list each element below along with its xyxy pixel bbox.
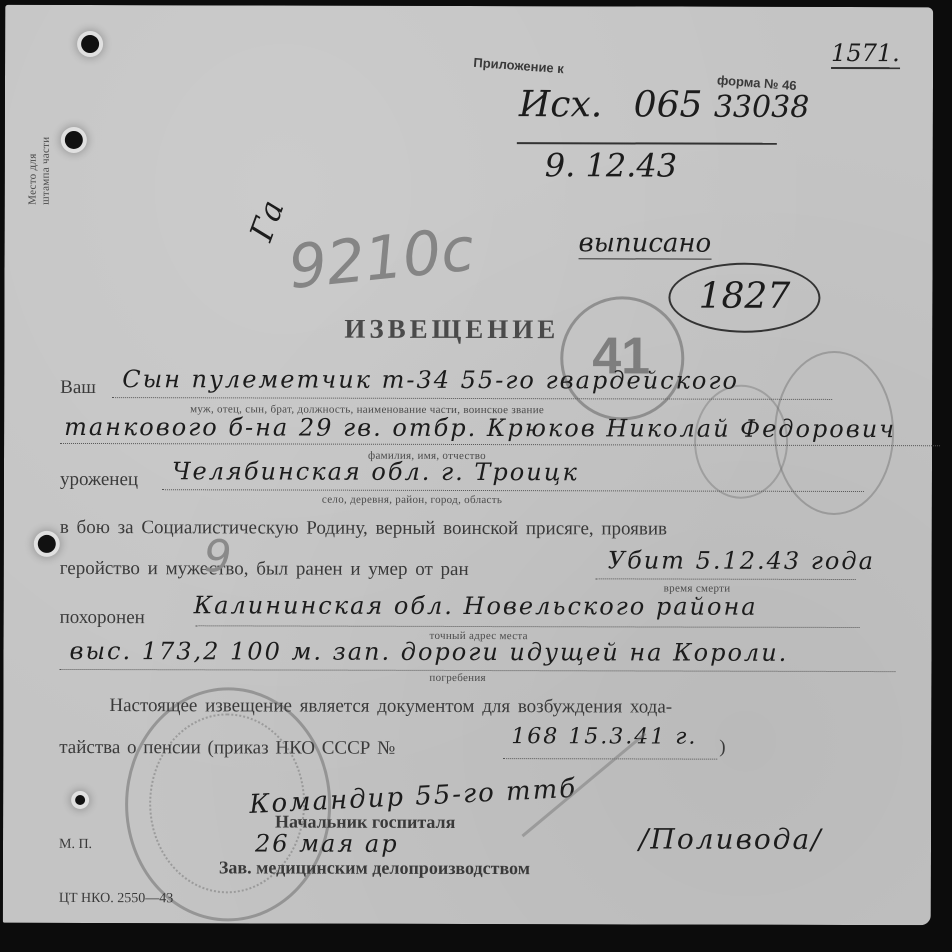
name-field: танкового б-на 29 гв. отбр. Крюков Никол…	[64, 413, 896, 443]
wounded-paragraph: геройство и мужество, был ранен и умер о…	[60, 558, 469, 581]
birthplace-field: Челябинская обл. г. Троицк	[172, 457, 579, 486]
outgoing-number: Исх. 065 33038	[519, 84, 809, 126]
punch-hole-upper	[65, 131, 83, 149]
circled-number-value: 1827	[699, 276, 791, 317]
battle-paragraph: в бою за Социалистическую Родину, верный…	[60, 517, 667, 541]
document-title: ИЗВЕЩЕНИЕ	[344, 314, 559, 346]
header-underline	[517, 142, 777, 145]
pension-order-field: 168 15.3.41 г.	[511, 724, 697, 749]
pencil-file-number: 9210с	[285, 214, 477, 303]
records-head-label: Зав. медицинским делопроизводством	[219, 857, 530, 879]
burial-place-field-1: Калининская обл. Новельского района	[194, 591, 758, 620]
death-time-field: Убит 5.12.43 года	[608, 546, 875, 575]
native-of-label: уроженец	[60, 469, 138, 491]
archive-number: 1571.	[831, 39, 900, 69]
print-code: ЦТ НКО. 2550—43	[59, 891, 173, 907]
outgoing-extra: 33038	[714, 90, 810, 125]
relation-field: Сын пулеметчик т-34 55-го гвардейского	[122, 365, 739, 395]
pension-close: )	[719, 737, 725, 759]
burial-caption-2: погребения	[429, 672, 485, 684]
pencil-signature	[522, 732, 685, 883]
buried-label: похоронен	[60, 607, 145, 629]
punch-hole-top	[81, 35, 99, 53]
outgoing-value: 065	[634, 84, 703, 125]
notification-document: Место для штампа части 1571. Приложение …	[3, 5, 933, 925]
signer-name: /Поливода/	[639, 822, 823, 855]
written-out-note: выписано	[579, 228, 712, 259]
punch-hole-middle	[38, 535, 56, 553]
ga-mark: Га	[242, 195, 292, 246]
stamp-place-label: Место для штампа части	[27, 136, 53, 204]
pencil-digit: 9	[204, 531, 232, 582]
burial-place-field-2: выс. 173,2 100 м. зап. дороги идущей на …	[69, 637, 788, 667]
line3-caption: село, деревня, район, город, область	[322, 494, 502, 506]
your-label: Ваш	[60, 377, 96, 399]
outgoing-label: Исх.	[519, 84, 602, 125]
stamp-text: Приложение к	[473, 55, 564, 77]
punch-hole-lower	[75, 795, 85, 805]
seal-place-label: М. П.	[59, 837, 92, 853]
death-rule	[596, 578, 856, 580]
header-date: 9. 12.43	[545, 146, 677, 184]
burial-rule-1	[196, 625, 860, 628]
signed-date: 26 мая ар	[255, 829, 399, 857]
margin-text-2: штампа части	[40, 137, 53, 205]
margin-text-1: Место для	[27, 136, 40, 204]
circled-number: 1827	[668, 263, 820, 333]
